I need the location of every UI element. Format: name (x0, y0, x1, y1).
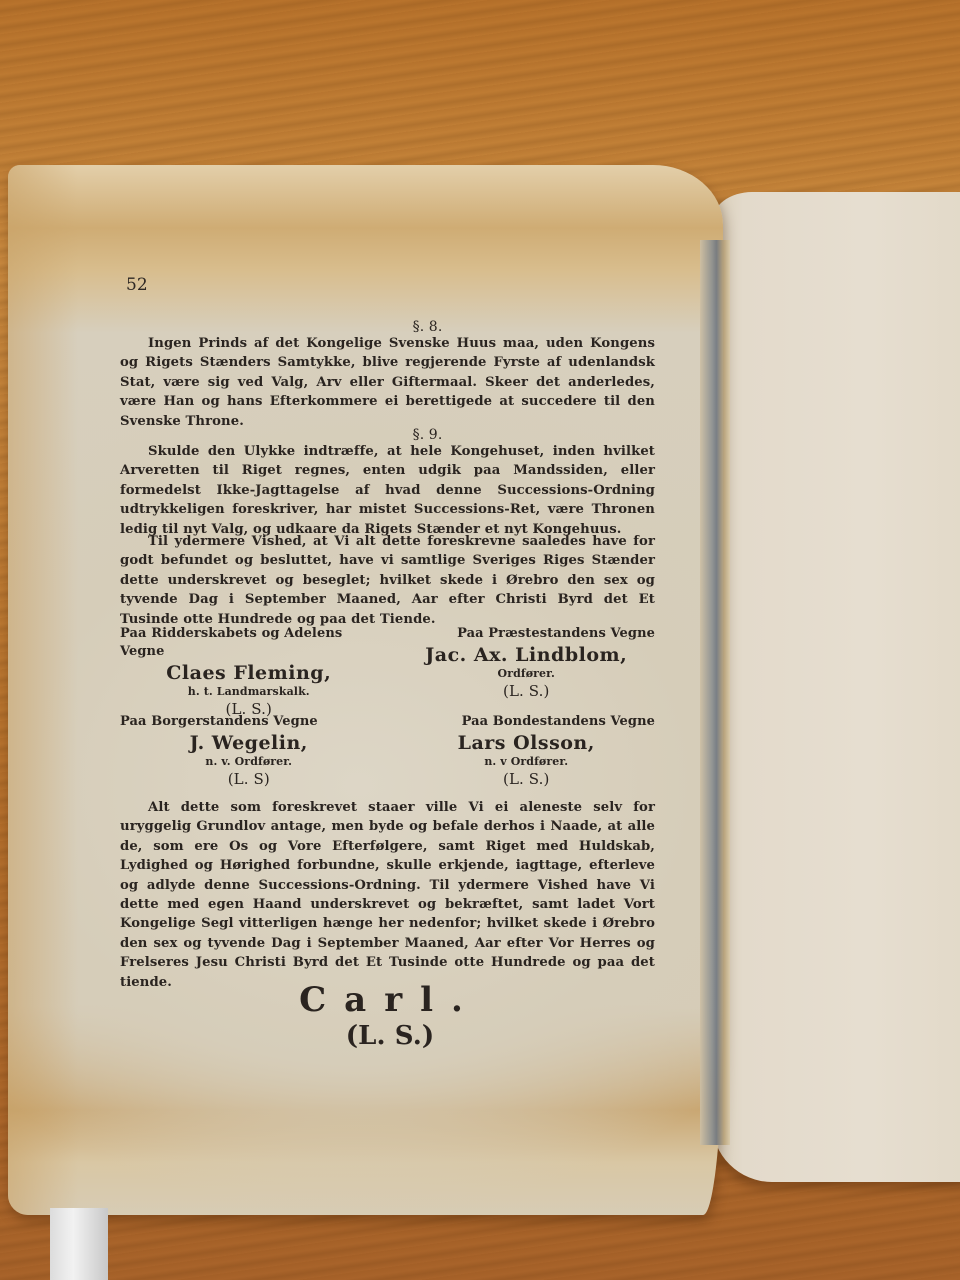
signer-title: n. v Ordfører. (398, 755, 656, 769)
signature-peasants: Paa Bondestandens Vegne Lars Olsson, n. … (378, 713, 656, 801)
estate-label: Paa Præstestandens Vegne (398, 625, 656, 643)
estate-signatures: Paa Ridderskabets og Adelens Vegne Claes… (120, 625, 655, 801)
signature-nobility: Paa Ridderskabets og Adelens Vegne Claes… (120, 625, 378, 713)
royal-signature: Carl. (290, 980, 490, 1020)
signature-row: Paa Borgerstandens Vegne J. Wegelin, n. … (120, 713, 655, 801)
attestation-paragraph: Til ydermere Vished, at Vi alt dette for… (120, 532, 655, 629)
estate-label: Paa Bondestandens Vegne (398, 713, 656, 731)
royal-signature-block: Carl. (L. S.) (290, 980, 490, 1052)
signature-row: Paa Ridderskabets og Adelens Vegne Claes… (120, 625, 655, 713)
estate-label: Paa Ridderskabets og Adelens Vegne (120, 625, 378, 661)
signer-title: h. t. Landmarskalk. (120, 685, 378, 699)
signer-title: n. v. Ordfører. (120, 755, 378, 769)
royal-confirmation-paragraph: Alt dette som foreskrevet staaer ville V… (120, 798, 655, 992)
right-page-blank (712, 192, 960, 1182)
book-gutter (700, 240, 730, 1145)
section-8-paragraph: Ingen Prinds af det Kongelige Svenske Hu… (120, 334, 655, 431)
page-number: 52 (126, 275, 148, 295)
estate-label: Paa Borgerstandens Vegne (120, 713, 378, 731)
signer-title: Ordfører. (398, 667, 656, 681)
signer-name: Jac. Ax. Lindblom, (398, 643, 656, 667)
section-9-paragraph: Skulde den Ulykke indtræffe, at hele Kon… (120, 442, 655, 539)
signer-name: J. Wegelin, (120, 731, 378, 755)
seal-mark: (L. S.) (398, 769, 656, 789)
bookmark-ribbon (50, 1208, 108, 1280)
signature-clergy: Paa Præstestandens Vegne Jac. Ax. Lindbl… (378, 625, 656, 713)
royal-seal: (L. S.) (290, 1020, 490, 1052)
photo-scene: 52 §. 8. Ingen Prinds af det Kongelige S… (0, 0, 960, 1280)
seal-mark: (L. S) (120, 769, 378, 789)
signer-name: Claes Fleming, (120, 661, 378, 685)
signer-name: Lars Olsson, (398, 731, 656, 755)
signature-burghers: Paa Borgerstandens Vegne J. Wegelin, n. … (120, 713, 378, 801)
seal-mark: (L. S.) (398, 681, 656, 701)
